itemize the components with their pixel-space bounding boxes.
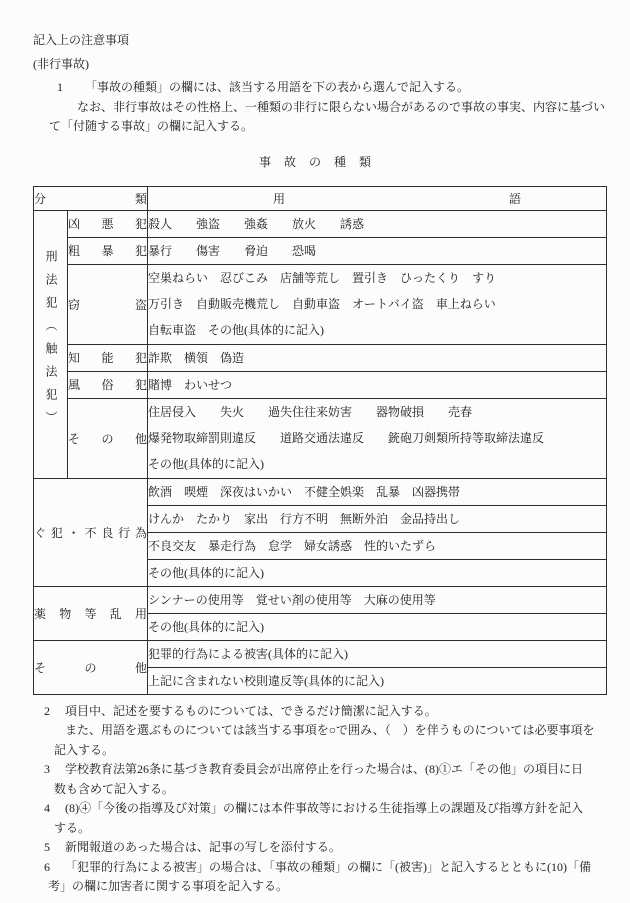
- note-text: 項目中、記述を要するものについては、できるだけ簡潔に記入する。: [65, 704, 437, 718]
- note-text: する。: [54, 821, 90, 835]
- terms-cell: シンナーの使用等 覚せい剤の使用等 大麻の使用等: [148, 586, 607, 613]
- penal-code-group-label: 刑法犯（触法犯）: [34, 250, 68, 434]
- terms-line: 暴行 傷害 脅迫 恐喝: [148, 238, 606, 264]
- note-item-text: なお、非行事故はその性格上、一種類の非行に限らない場合があるので事故の事実、内容…: [77, 100, 605, 114]
- terms-line: 上記に含まれない校則違反等(具体的に記入): [148, 668, 606, 694]
- accident-kinds-table: 分類用語刑法犯（触法犯）凶悪犯殺人 強盗 強姦 放火 誘惑粗暴犯暴行 傷害 脅迫…: [33, 186, 607, 695]
- terms-line: 飲酒 喫煙 深夜はいかい 不健全娯楽 乱暴 凶器携帯: [148, 479, 606, 505]
- subcategory-label-cell: その他: [68, 398, 148, 478]
- subcategory-label-cell: 窃盗: [68, 264, 148, 344]
- note-item: 3学校教育法第26条に基づき教育委員会が出席停止を行った場合は、(8)①エ「その…: [33, 760, 610, 799]
- terms-cell: その他(具体的に記入): [148, 559, 607, 586]
- note-item: 5新聞報道のあった場合は、記事の写しを添付する。: [33, 838, 610, 858]
- terms-cell: けんか たかり 家出 行方不明 無断外泊 金品持出し: [148, 505, 607, 532]
- note-text: 学校教育法第26条に基づき教育委員会が出席停止を行った場合は、(8)①エ「その他…: [65, 762, 583, 776]
- note-text: 新聞報道のあった場合は、記事の写しを添付する。: [65, 840, 341, 854]
- terms-line: 住居侵入 失火 過失住往来妨害 器物破損 売春: [148, 399, 606, 425]
- note-line: 3学校教育法第26条に基づき教育委員会が出席停止を行った場合は、(8)①エ「その…: [33, 760, 610, 780]
- note-text: 考」の欄に加害者に関する事項を記入する。: [48, 879, 288, 893]
- note-line: また、用語を選ぶものについては該当する事項を○で囲み、（ ）を伴うものについては…: [33, 721, 610, 741]
- terms-line: 爆発物取締罰則違反 道路交通法違反 銃砲刀剣類所持等取締法違反: [148, 425, 606, 451]
- note-item-text: 「事故の種類」の欄には、該当する用語を下の表から選んで記入する。: [85, 80, 469, 94]
- table-row: 窃盗空巣ねらい 忍びこみ 店舗等荒し 置引き ひったくり すり万引き 自動販売機…: [34, 264, 607, 344]
- header-term-spread: 用語: [148, 190, 606, 207]
- table-title: 事故の種類: [33, 152, 610, 172]
- note-item-line: て「付随する事故」の欄に記入する。: [33, 117, 610, 137]
- note-item: 2項目中、記述を要するものについては、できるだけ簡潔に記入する。また、用語を選ぶ…: [33, 702, 610, 761]
- terms-line: 空巣ねらい 忍びこみ 店舗等荒し 置引き ひったくり すり: [148, 265, 606, 291]
- note-item-text: て「付随する事故」の欄に記入する。: [49, 119, 253, 133]
- group-label-cell: その他: [34, 640, 148, 694]
- table-row: ぐ犯・不良行為飲酒 喫煙 深夜はいかい 不健全娯楽 乱暴 凶器携帯: [34, 478, 607, 505]
- page-heading: 記入上の注意事項: [33, 30, 610, 50]
- terms-line: 不良交友 暴走行為 怠学 婦女誘惑 性的いたずら: [148, 533, 606, 559]
- subcategory-label-cell: 粗暴犯: [68, 237, 148, 264]
- terms-cell: その他(具体的に記入): [148, 613, 607, 640]
- table-row: その他住居侵入 失火 過失住往来妨害 器物破損 売春爆発物取締罰則違反 道路交通…: [34, 398, 607, 478]
- terms-line: 賭博 わいせつ: [148, 372, 606, 398]
- header-term-left: 用: [273, 190, 285, 207]
- note-line: 5新聞報道のあった場合は、記事の写しを添付する。: [33, 838, 610, 858]
- table-row: その他犯罪的行為による被害(具体的に記入): [34, 640, 607, 667]
- note-number: 6: [44, 858, 65, 878]
- terms-cell: 飲酒 喫煙 深夜はいかい 不健全娯楽 乱暴 凶器携帯: [148, 478, 607, 505]
- subcategory-label-cell: 風俗犯: [68, 371, 148, 398]
- terms-line: 万引き 自動販売機荒し 自動車盗 オートバイ盗 車上ねらい: [148, 291, 606, 317]
- terms-line: シンナーの使用等 覚せい剤の使用等 大麻の使用等: [148, 587, 606, 613]
- table-row: 粗暴犯暴行 傷害 脅迫 恐喝: [34, 237, 607, 264]
- note-line: 4(8)④「今後の指導及び対策」の欄には本件事故等における生徒指導上の課題及び指…: [33, 799, 610, 819]
- table-header-row: 分類用語: [34, 186, 607, 210]
- note-number: 5: [44, 838, 65, 858]
- note-line: 記入する。: [33, 741, 610, 761]
- note-text: 記入する。: [54, 743, 114, 757]
- terms-cell: 不良交友 暴走行為 怠学 婦女誘惑 性的いたずら: [148, 532, 607, 559]
- note-number: 2: [44, 702, 65, 722]
- note-line: 2項目中、記述を要するものについては、できるだけ簡潔に記入する。: [33, 702, 610, 722]
- terms-line: 自転車盗 その他(具体的に記入): [148, 317, 606, 343]
- note-line: 考」の欄に加害者に関する事項を記入する。: [33, 877, 610, 897]
- subcategory-label-cell: 知能犯: [68, 344, 148, 371]
- terms-cell: 犯罪的行為による被害(具体的に記入): [148, 640, 607, 667]
- note-text: 「犯罪的行為による被害」の場合は、「事故の種類」の欄に「(被害)」と記入するとと…: [65, 860, 591, 874]
- note-text: また、用語を選ぶものについては該当する事項を○で囲み、（ ）を伴うものについては…: [65, 723, 595, 737]
- subcategory-label-cell: 凶悪犯: [68, 210, 148, 237]
- terms-line: けんか たかり 家出 行方不明 無断外泊 金品持出し: [148, 506, 606, 532]
- terms-line: 犯罪的行為による被害(具体的に記入): [148, 641, 606, 667]
- note-item: 6「犯罪的行為による被害」の場合は、「事故の種類」の欄に「(被害)」と記入すると…: [33, 858, 610, 897]
- note-item-number: 1: [57, 78, 85, 98]
- header-term-right: 語: [509, 190, 521, 207]
- group-label-cell: 薬物等乱用: [34, 586, 148, 640]
- note-item-line: 1「事故の種類」の欄には、該当する用語を下の表から選んで記入する。: [33, 78, 610, 98]
- note-item: 4(8)④「今後の指導及び対策」の欄には本件事故等における生徒指導上の課題及び指…: [33, 799, 610, 838]
- note-item-1: 1「事故の種類」の欄には、該当する用語を下の表から選んで記入する。なお、非行事故…: [33, 78, 610, 137]
- terms-cell: 賭博 わいせつ: [148, 371, 607, 398]
- note-text: 数も含めて記入する。: [54, 782, 174, 796]
- terms-line: 殺人 強盗 強姦 放火 誘惑: [148, 211, 606, 237]
- terms-cell: 空巣ねらい 忍びこみ 店舗等荒し 置引き ひったくり すり万引き 自動販売機荒し…: [148, 264, 607, 344]
- note-number: 4: [44, 799, 65, 819]
- table-row: 知能犯詐欺 横領 偽造: [34, 344, 607, 371]
- note-text: (8)④「今後の指導及び対策」の欄には本件事故等における生徒指導上の課題及び指導…: [65, 801, 583, 815]
- note-item-line: なお、非行事故はその性格上、一種類の非行に限らない場合があるので事故の事実、内容…: [33, 98, 610, 118]
- terms-cell: 暴行 傷害 脅迫 恐喝: [148, 237, 607, 264]
- terms-cell: 上記に含まれない校則違反等(具体的に記入): [148, 667, 607, 694]
- terms-line: その他(具体的に記入): [148, 614, 606, 640]
- incident-category-label: (非行事故): [33, 54, 610, 74]
- header-classification-cell: 分類: [34, 186, 148, 210]
- notes-list: 2項目中、記述を要するものについては、できるだけ簡潔に記入する。また、用語を選ぶ…: [33, 702, 610, 897]
- terms-line: その他(具体的に記入): [148, 560, 606, 586]
- note-line: する。: [33, 819, 610, 839]
- terms-cell: 殺人 強盗 強姦 放火 誘惑: [148, 210, 607, 237]
- table-row: 薬物等乱用シンナーの使用等 覚せい剤の使用等 大麻の使用等: [34, 586, 607, 613]
- table-row: 刑法犯（触法犯）凶悪犯殺人 強盗 強姦 放火 誘惑: [34, 210, 607, 237]
- penal-code-group-label-cell: 刑法犯（触法犯）: [34, 210, 68, 478]
- terms-cell: 詐欺 横領 偽造: [148, 344, 607, 371]
- table-row: 風俗犯賭博 わいせつ: [34, 371, 607, 398]
- document-page: 記入上の注意事項 (非行事故) 1「事故の種類」の欄には、該当する用語を下の表か…: [0, 0, 630, 903]
- terms-line: その他(具体的に記入): [148, 451, 606, 477]
- note-number: 3: [44, 760, 65, 780]
- group-label-cell: ぐ犯・不良行為: [34, 478, 148, 586]
- header-term-cell: 用語: [148, 186, 607, 210]
- terms-cell: 住居侵入 失火 過失住往来妨害 器物破損 売春爆発物取締罰則違反 道路交通法違反…: [148, 398, 607, 478]
- note-line: 6「犯罪的行為による被害」の場合は、「事故の種類」の欄に「(被害)」と記入すると…: [33, 858, 610, 878]
- terms-line: 詐欺 横領 偽造: [148, 345, 606, 371]
- note-line: 数も含めて記入する。: [33, 780, 610, 800]
